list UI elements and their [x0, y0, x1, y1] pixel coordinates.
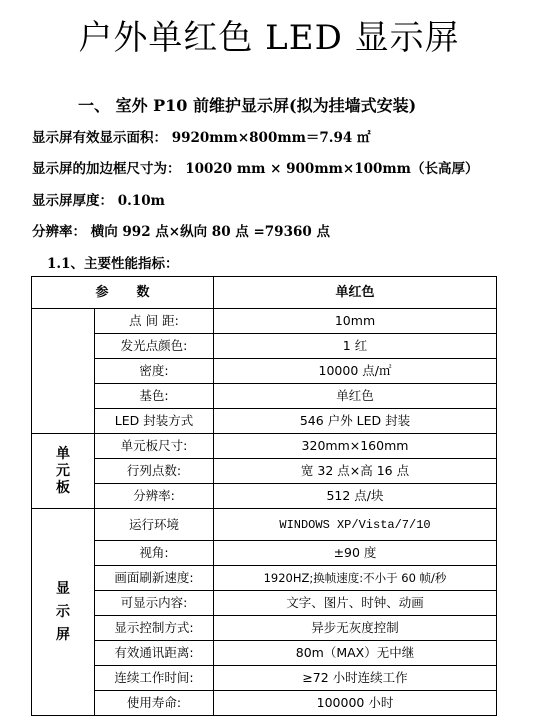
sub-heading: 1.1、主要性能指标： — [47, 252, 179, 272]
row-label: 点 间 距: — [95, 309, 214, 334]
header-param-char1: 参 — [95, 285, 108, 300]
group-label-char: 单 — [32, 446, 94, 463]
group-label-display-screen: 显 示 屏 — [32, 509, 95, 716]
row-label: 有效通讯距离: — [95, 641, 214, 666]
row-value: 100000 小时 — [214, 691, 497, 716]
table-row: 密度: 10000 点/㎡ — [32, 359, 497, 384]
frame-size-value: 10020 mm × 900mm×100mm（长高厚） — [185, 161, 478, 177]
header-param-cell: 参数 — [32, 277, 214, 309]
row-label: 可显示内容: — [95, 591, 214, 616]
row-value: ±90 度 — [214, 541, 497, 566]
row-label: 使用寿命: — [95, 691, 214, 716]
row-value: 宽 32 点×高 16 点 — [214, 459, 497, 484]
table-row: 点 间 距: 10mm — [32, 309, 497, 334]
resolution-label: 分辨率： — [32, 224, 86, 240]
effective-area-label: 显示屏有效显示面积： — [32, 130, 167, 146]
group-label-unit-board: 单 元 板 — [32, 434, 95, 509]
section-heading: 一、 室外 P10 前维护显示屏(拟为挂墙式安装) — [78, 93, 416, 116]
row-label: 显示控制方式: — [95, 616, 214, 641]
table-header-row: 参数 单红色 — [32, 277, 497, 309]
spec-table: 参数 单红色 点 间 距: 10mm 发光点颜色: 1 红 密度: 10000 … — [31, 276, 497, 716]
row-value: 80m（MAX）无中继 — [214, 641, 497, 666]
row-label: 分辨率: — [95, 484, 214, 509]
table-row: 连续工作时间: ≥72 小时连续工作 — [32, 666, 497, 691]
group-label-char: 示 — [32, 604, 94, 621]
table-row: 分辨率: 512 点/块 — [32, 484, 497, 509]
row-label: 运行环境 — [95, 509, 214, 541]
table-row: 单 元 板 单元板尺寸: 320mm×160mm — [32, 434, 497, 459]
row-label: 密度: — [95, 359, 214, 384]
row-value: WINDOWS XP/Vista/7/10 — [214, 509, 497, 541]
row-value: 文字、图片、时钟、动画 — [214, 591, 497, 616]
group-label-char: 元 — [32, 463, 94, 480]
row-value: 1 红 — [214, 334, 497, 359]
thickness-label: 显示屏厚度： — [32, 193, 113, 209]
frame-size-label: 显示屏的加边框尺寸为： — [32, 161, 181, 177]
table-row: 视角: ±90 度 — [32, 541, 497, 566]
table-row: 使用寿命: 100000 小时 — [32, 691, 497, 716]
table-row: 行列点数: 宽 32 点×高 16 点 — [32, 459, 497, 484]
row-label: 基色: — [95, 384, 214, 409]
effective-area-line: 显示屏有效显示面积： 9920mm×800mm＝7.94 ㎡ — [32, 126, 371, 146]
document-title: 户外单红色 LED 显示屏 — [0, 10, 538, 59]
row-value: 10mm — [214, 309, 497, 334]
row-value: 512 点/块 — [214, 484, 497, 509]
row-value: 异步无灰度控制 — [214, 616, 497, 641]
table-row: 可显示内容: 文字、图片、时钟、动画 — [32, 591, 497, 616]
table-row: 有效通讯距离: 80m（MAX）无中继 — [32, 641, 497, 666]
thickness-line: 显示屏厚度： 0.10m — [32, 189, 165, 209]
frame-size-line: 显示屏的加边框尺寸为： 10020 mm × 900mm×100mm（长高厚） — [32, 157, 478, 177]
header-value-cell: 单红色 — [214, 277, 497, 309]
group-label-empty — [32, 309, 95, 434]
row-value: 320mm×160mm — [214, 434, 497, 459]
group-label-char: 屏 — [32, 627, 94, 644]
row-label: LED 封装方式 — [95, 409, 214, 434]
row-label: 连续工作时间: — [95, 666, 214, 691]
table-row: 显示控制方式: 异步无灰度控制 — [32, 616, 497, 641]
row-value: 10000 点/㎡ — [214, 359, 497, 384]
group-label-char: 板 — [32, 480, 94, 497]
table-row: 基色: 单红色 — [32, 384, 497, 409]
table-row: 发光点颜色: 1 红 — [32, 334, 497, 359]
table-row: 画面刷新速度: 1920HZ;换帧速度:不小于 60 帧/秒 — [32, 566, 497, 591]
resolution-value: 横向 992 点×纵向 80 点 =79360 点 — [91, 224, 330, 240]
row-value: 1920HZ;换帧速度:不小于 60 帧/秒 — [214, 566, 497, 591]
resolution-line: 分辨率： 横向 992 点×纵向 80 点 =79360 点 — [32, 220, 330, 240]
header-param-char2: 数 — [137, 285, 150, 300]
row-label: 画面刷新速度: — [95, 566, 214, 591]
table-row: LED 封装方式 546 户外 LED 封装 — [32, 409, 497, 434]
table-row: 显 示 屏 运行环境 WINDOWS XP/Vista/7/10 — [32, 509, 497, 541]
row-value: ≥72 小时连续工作 — [214, 666, 497, 691]
effective-area-value: 9920mm×800mm＝7.94 ㎡ — [172, 130, 371, 146]
group-label-char: 显 — [32, 581, 94, 598]
row-label: 视角: — [95, 541, 214, 566]
row-value: 546 户外 LED 封装 — [214, 409, 497, 434]
thickness-value: 0.10m — [118, 193, 165, 209]
row-value: 单红色 — [214, 384, 497, 409]
row-label: 行列点数: — [95, 459, 214, 484]
row-label: 单元板尺寸: — [95, 434, 214, 459]
row-label: 发光点颜色: — [95, 334, 214, 359]
